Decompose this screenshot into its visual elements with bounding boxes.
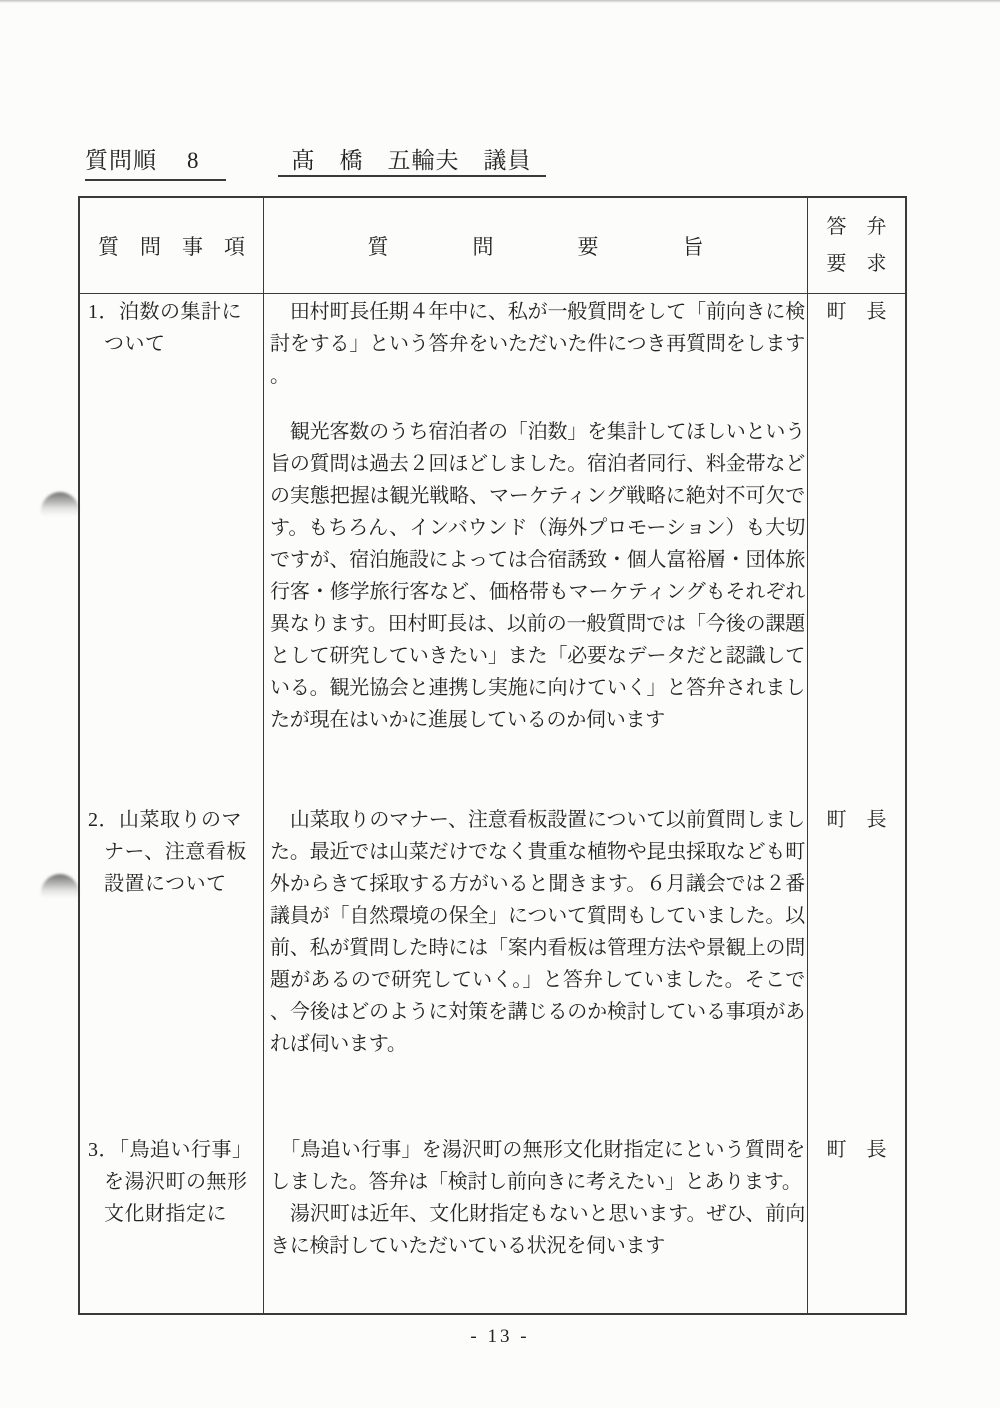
- question-summary-3: 「鳥追い行事」を湯沢町の無形文化財指定にという質問をしました。答弁は「検討し前向…: [264, 1134, 807, 1262]
- question-order: 質問順8: [85, 142, 226, 181]
- question-item-1-line2: ついて: [88, 328, 242, 360]
- question-item-3-line2: を湯沢町の無形: [88, 1166, 253, 1198]
- question-item-column: 1．泊数の集計に ついて 2．山菜取りのマ ナー、注意看板 設置について 3．「…: [80, 294, 264, 1313]
- table-body: 1．泊数の集計に ついて 2．山菜取りのマ ナー、注意看板 設置について 3．「…: [80, 294, 905, 1313]
- header-question-item: 質 問 事 項: [80, 198, 264, 293]
- question-table: 質 問 事 項 質 問 要 旨 答 弁 要 求 1．泊数の集計に ついて 2．山…: [78, 196, 907, 1315]
- question-item-1-line1: 1．泊数の集計に: [88, 296, 242, 328]
- question-item-3: 3．「鳥追い行事」 を湯沢町の無形 文化財指定に: [80, 1134, 257, 1230]
- question-summary-1-paragraph-1: 田村町長任期４年中に、私が一般質問をして「前向きに検討をする」という答弁をいただ…: [270, 296, 805, 392]
- question-summary-2: 山菜取りのマナー、注意看板設置について以前質問しました。最近では山菜だけでなく貴…: [264, 804, 807, 1060]
- question-item-2: 2．山菜取りのマ ナー、注意看板 設置について: [80, 804, 251, 900]
- header-answer-request: 答 弁 要 求: [808, 198, 905, 293]
- question-order-label: 質問順: [85, 148, 157, 173]
- question-item-2-line2: ナー、注意看板: [88, 836, 247, 868]
- question-item-3-line3: 文化財指定に: [88, 1198, 253, 1230]
- question-summary-column: 田村町長任期４年中に、私が一般質問をして「前向きに検討をする」という答弁をいただ…: [264, 294, 808, 1313]
- punch-hole-mark: [41, 874, 79, 898]
- table-header: 質 問 事 項 質 問 要 旨 答 弁 要 求: [80, 198, 905, 294]
- header-question-summary: 質 問 要 旨: [264, 198, 808, 293]
- respondent-2: 町 長: [808, 804, 905, 836]
- question-item-2-line1: 2．山菜取りのマ: [88, 804, 247, 836]
- answer-request-column: 町 長 町 長 町 長: [808, 294, 905, 1313]
- member-name: 髙 橋 五輪夫 議員: [278, 142, 546, 177]
- question-item-3-line1: 3．「鳥追い行事」: [88, 1134, 253, 1166]
- page-number: - 13 -: [0, 1326, 1000, 1348]
- question-order-number: 8: [187, 148, 200, 173]
- header-answer-request-line1: 答 弁: [827, 209, 887, 246]
- question-summary-1-paragraph-2: 観光客数のうち宿泊者の「泊数」を集計してほしいという旨の質問は過去２回ほどしまし…: [270, 416, 805, 736]
- question-summary-1: 田村町長任期４年中に、私が一般質問をして「前向きに検討をする」という答弁をいただ…: [264, 296, 807, 736]
- scan-edge-artifact: [0, 0, 1000, 3]
- page-title: 質問順8髙 橋 五輪夫 議員: [85, 142, 546, 181]
- respondent-3: 町 長: [808, 1134, 905, 1166]
- header-answer-request-line2: 要 求: [827, 246, 887, 283]
- respondent-1: 町 長: [808, 296, 905, 328]
- question-summary-3-paragraph-1: 「鳥追い行事」を湯沢町の無形文化財指定にという質問をしました。答弁は「検討し前向…: [270, 1134, 805, 1198]
- question-summary-2-paragraph-1: 山菜取りのマナー、注意看板設置について以前質問しました。最近では山菜だけでなく貴…: [270, 804, 805, 1060]
- question-item-1: 1．泊数の集計に ついて: [80, 296, 246, 360]
- punch-hole-mark: [41, 492, 79, 516]
- question-summary-3-paragraph-2: 湯沢町は近年、文化財指定もないと思います。ぜひ、前向きに検討していただいている状…: [270, 1198, 805, 1262]
- question-item-2-line3: 設置について: [88, 868, 247, 900]
